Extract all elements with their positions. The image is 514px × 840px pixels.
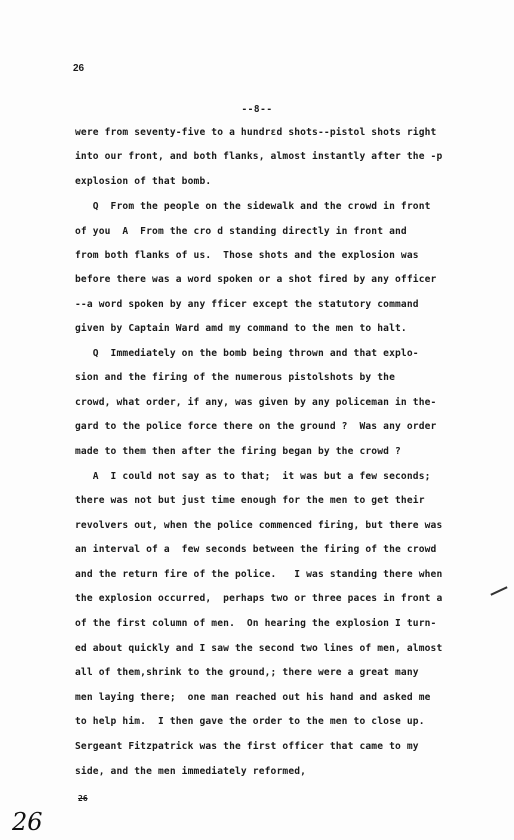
text-line: gard to the police force there on the gr… (75, 421, 436, 432)
text-line: from both flanks of us. Those shots and … (75, 250, 419, 261)
text-line: into our front, and both flanks, almost … (75, 151, 442, 162)
text-line: ed about quickly and I saw the second tw… (75, 643, 442, 654)
struck-footer-number: 26 (78, 794, 88, 803)
text-line: all of them,shrink to the ground,; there… (75, 667, 419, 678)
text-line: and the return fire of the police. I was… (75, 569, 442, 580)
text-line: an interval of a few seconds between the… (75, 544, 436, 555)
text-line: were from seventy-five to a hundrεd shot… (75, 127, 436, 138)
document-page: 26 --8-- were from seventy-five to a hun… (0, 0, 514, 840)
text-line: there was not but just time enough for t… (75, 495, 425, 506)
text-line: sion and the firing of the numerous pist… (75, 372, 395, 383)
text-line: given by Captain Ward amd my command to … (75, 323, 407, 334)
text-line: made to them then after the firing began… (75, 446, 401, 457)
text-line: Q From the people on the sidewalk and th… (75, 201, 431, 212)
handwritten-page-number: 26 (12, 808, 43, 836)
pen-mark (490, 586, 507, 595)
text-line: men laying there; one man reached out hi… (75, 692, 431, 703)
text-line: Sergeant Fitzpatrick was the first offic… (75, 741, 419, 752)
text-line: explosion of that bomb. (75, 176, 211, 187)
text-line: of the first column of men. On hearing t… (75, 618, 436, 629)
text-line: revolvers out, when the police commenced… (75, 520, 442, 531)
text-line: before there was a word spoken or a shot… (75, 274, 436, 285)
text-line: to help him. I then gave the order to th… (75, 716, 425, 727)
text-line: --a word spoken by any fficer except the… (75, 299, 419, 310)
text-line: of you A From the cro d standing directl… (75, 226, 407, 237)
section-header: --8-- (0, 104, 514, 115)
text-line: Q Immediately on the bomb being thrown a… (75, 348, 419, 359)
text-line: side, and the men immediately reformed, (75, 766, 306, 777)
page-number: 26 (73, 63, 84, 74)
text-line: crowd, what order, if any, was given by … (75, 397, 436, 408)
text-line: the explosion occurred, perhaps two or t… (75, 593, 442, 604)
text-line: A I could not say as to that; it was but… (75, 471, 431, 482)
